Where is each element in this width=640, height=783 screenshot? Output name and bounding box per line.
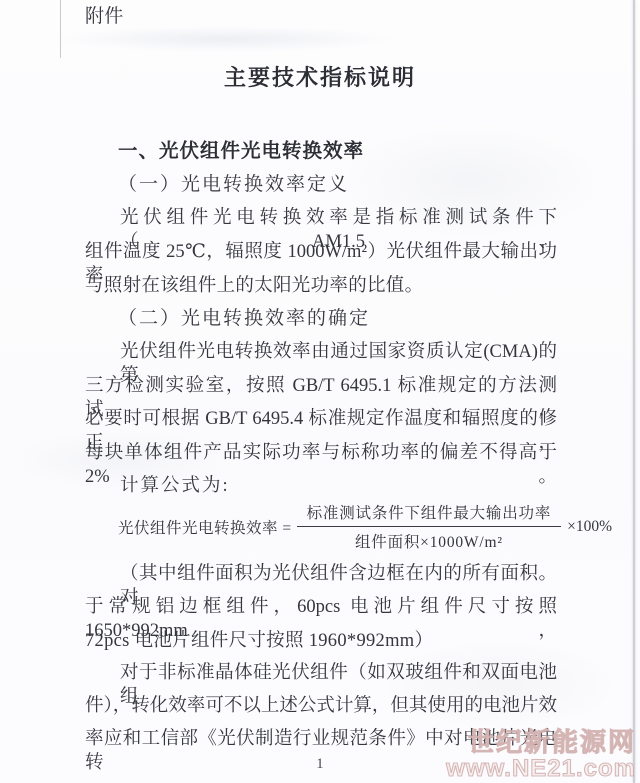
body-line: 与照射在该组件上的太阳光功率的比值。 [85,274,423,298]
body-line: 72pcs 电池片组件尺寸按照 1960*992mm） [85,629,433,653]
formula-fraction: 标准测试条件下组件最大输出功率 组件面积×1000W/m² [297,501,562,552]
site-watermark: 世纪新能源网 www.NE21.com [446,729,636,781]
watermark-site-url: www.NE21.com [446,756,636,781]
body-line: 件），转化效率可不以上述公式计算，但其使用的电池片效 [85,694,557,718]
subsection-1-title: （一）光电转换效率定义 [118,173,349,197]
formula-lhs: 光伏组件光电转换效率 = [118,516,292,538]
subsection-2-title: （二）光电转换效率的确定 [118,307,370,331]
attachment-label: 附件 [85,5,124,29]
formula-intro: 计算公式为: [120,474,230,498]
scan-smudge [55,26,395,52]
scan-edge-line [633,0,635,783]
efficiency-formula: 光伏组件光电转换效率 = 标准测试条件下组件最大输出功率 组件面积×1000W/… [118,501,612,552]
formula-denominator: 组件面积×1000W/m² [355,527,503,552]
formula-suffix: ×100% [567,518,612,536]
formula-numerator: 标准测试条件下组件最大输出功率 [297,501,562,527]
section-heading-1: 一、光伏组件光电转换效率 [118,139,364,163]
page-title: 主要技术指标说明 [0,66,640,90]
watermark-site-name: 世纪新能源网 [446,729,636,756]
scan-edge-line [60,0,61,58]
